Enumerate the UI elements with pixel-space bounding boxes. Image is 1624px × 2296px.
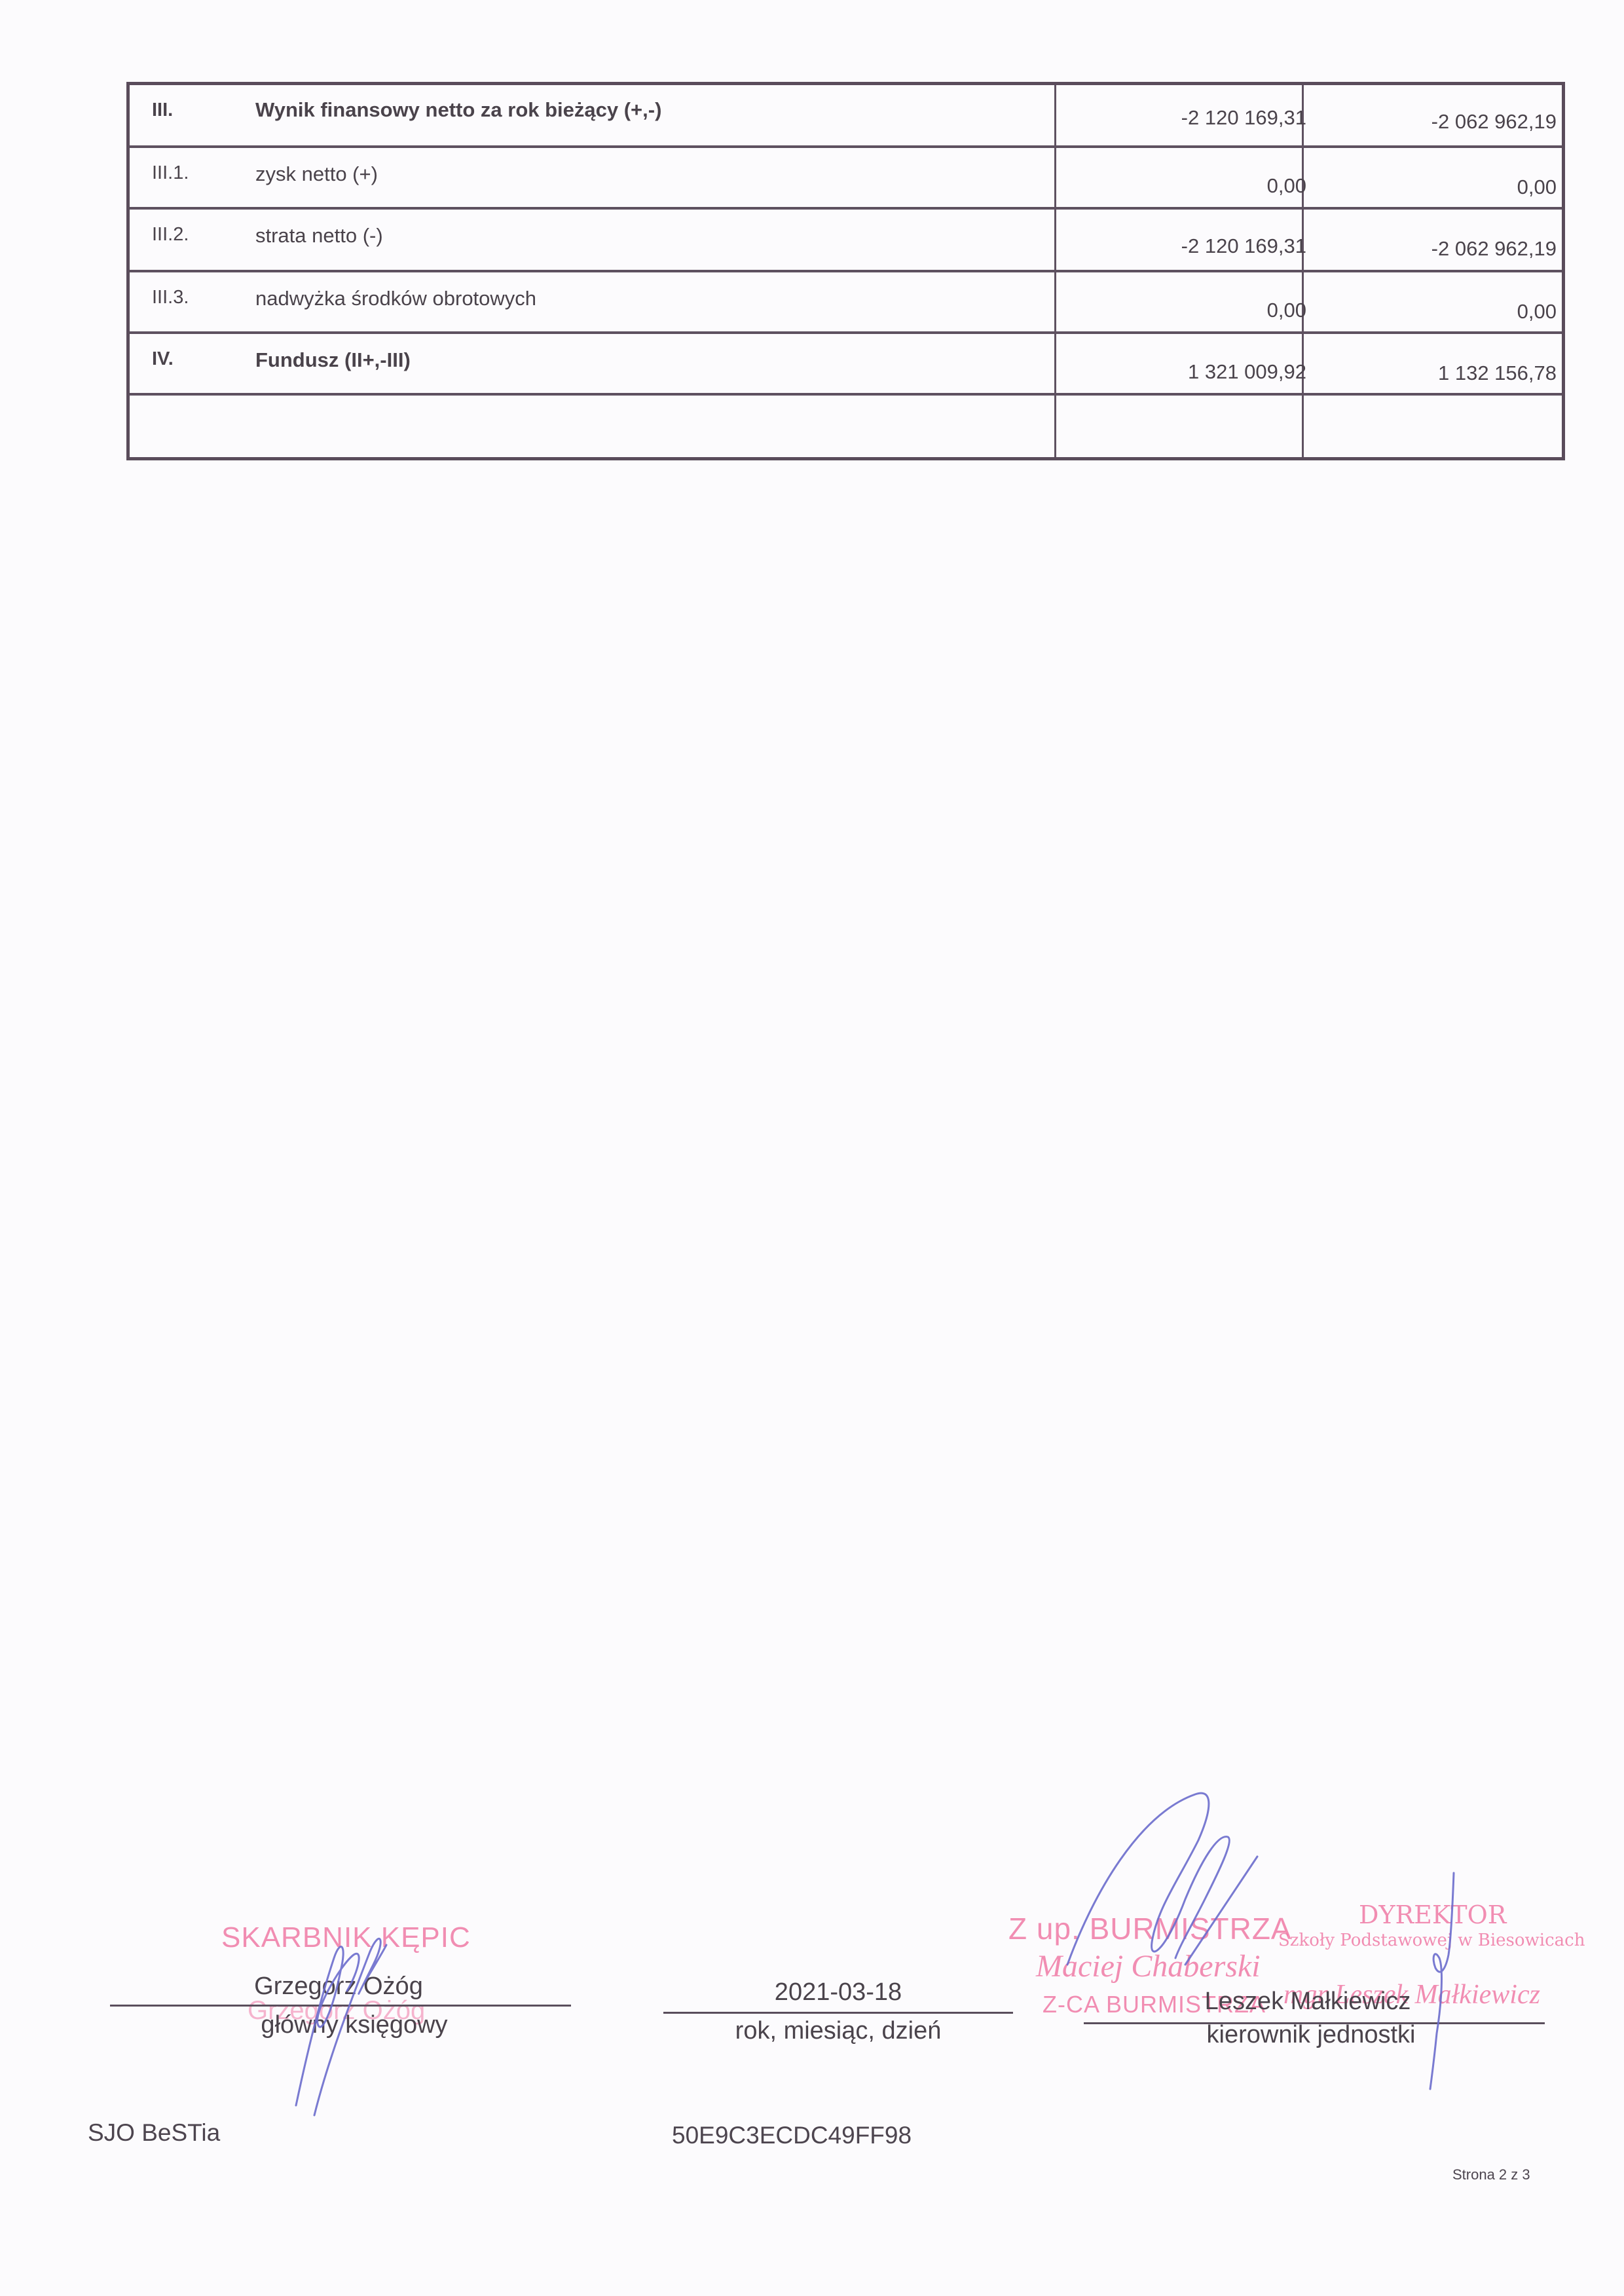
row-value-current-year: 0,00 xyxy=(1517,300,1557,324)
handwritten-signature-icon xyxy=(249,1919,419,2115)
date-label: rok, miesiąc, dzień xyxy=(735,2017,942,2045)
handwritten-signature-mayor-icon xyxy=(1035,1768,1283,1965)
row-code: III. xyxy=(152,100,173,121)
handwritten-signature-director-icon xyxy=(1414,1870,1467,2092)
report-date: 2021-03-18 xyxy=(775,1978,902,2007)
table-row: III.1. zysk netto (+) 0,00 0,00 xyxy=(130,148,1562,210)
row-label: Fundusz (II+,-III) xyxy=(255,348,411,372)
signature-line xyxy=(663,2012,1013,2014)
row-label: nadwyżka środków obrotowych xyxy=(255,287,536,310)
footer-page-number: Strona 2 z 3 xyxy=(1452,2166,1530,2183)
footer-system-name: SJO BeSTia xyxy=(88,2119,220,2147)
table-row: IV. Fundusz (II+,-III) 1 321 009,92 1 13… xyxy=(130,334,1562,396)
head-role: kierownik jednostki xyxy=(1207,2021,1416,2049)
row-value-current-year: -2 062 962,19 xyxy=(1431,110,1557,134)
row-value-previous-year: 1 321 009,92 xyxy=(1188,360,1306,384)
row-value-previous-year: -2 120 169,31 xyxy=(1181,234,1306,258)
row-value-current-year: -2 062 962,19 xyxy=(1431,237,1557,261)
table-row: III.2. strata netto (-) -2 120 169,31 -2… xyxy=(130,210,1562,272)
head-name: Leszek Małkiewicz xyxy=(1205,1988,1411,2016)
row-label: strata netto (-) xyxy=(255,224,383,248)
row-label: Wynik finansowy netto za rok bieżący (+,… xyxy=(255,98,661,122)
table-row: III. Wynik finansowy netto za rok bieżąc… xyxy=(130,85,1562,148)
row-code: IV. xyxy=(152,348,174,370)
row-value-current-year: 0,00 xyxy=(1517,176,1557,199)
footer-document-hash: 50E9C3ECDC49FF98 xyxy=(672,2122,912,2149)
financial-result-table: III. Wynik finansowy netto za rok bieżąc… xyxy=(126,82,1565,460)
row-value-previous-year: 0,00 xyxy=(1267,174,1306,198)
table-row: III.3. nadwyżka środków obrotowych 0,00 … xyxy=(130,272,1562,334)
row-value-previous-year: -2 120 169,31 xyxy=(1181,106,1306,130)
row-code: III.3. xyxy=(152,287,189,308)
table-row-empty xyxy=(130,396,1562,457)
row-label: zysk netto (+) xyxy=(255,162,378,186)
row-code: III.2. xyxy=(152,224,189,246)
row-value-previous-year: 0,00 xyxy=(1267,299,1306,322)
row-code: III.1. xyxy=(152,162,189,184)
row-value-current-year: 1 132 156,78 xyxy=(1438,361,1557,385)
